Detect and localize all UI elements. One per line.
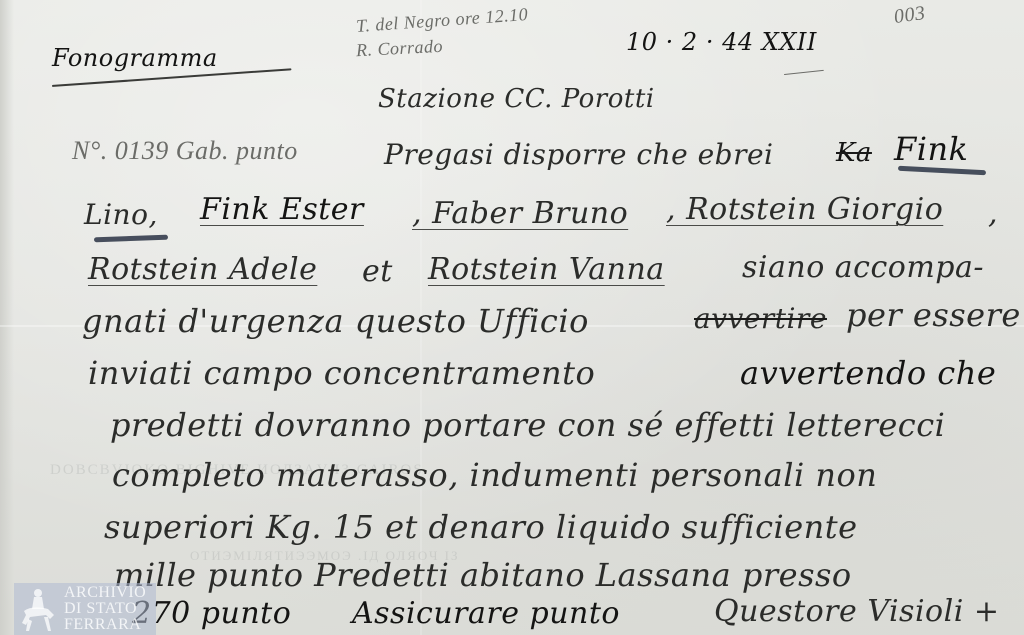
name-given: Lino, (84, 198, 158, 231)
addressee: Stazione CC. Porotti (378, 84, 655, 114)
protocol-number: N°. 0139 Gab. punto (72, 136, 298, 166)
watermark-text: ARCHIVIO DI STATO FERRARA (64, 585, 146, 633)
name-faber-bruno: , Faber Bruno (412, 196, 628, 231)
horseman-crest-icon (18, 585, 60, 633)
name-fink-ester: Fink Ester (200, 192, 364, 227)
page-number: 003 (893, 2, 927, 29)
body-text: predetti dovranno portare con sé effetti… (110, 406, 945, 444)
body-text: per essere (846, 296, 1021, 334)
archive-watermark: ARCHIVIO DI STATO FERRARA (14, 583, 156, 635)
body-text: gnati d'urgenza questo Ufficio (82, 302, 589, 340)
watermark-line: FERRARA (64, 617, 146, 633)
name-surname: Fink (894, 130, 968, 168)
body-text: et (362, 254, 393, 289)
signature: Questore Visioli + (714, 594, 999, 629)
body-text: superiori Kg. 15 et denaro liquido suffi… (104, 508, 858, 546)
body-text: Assicurare punto (352, 596, 620, 631)
body-text: completo materasso, indumenti personali … (112, 456, 877, 494)
watermark-line: ARCHIVIO (64, 585, 146, 601)
struck-word: avvertire (694, 302, 827, 335)
struck-word: Ka (836, 138, 872, 168)
office-label: Fonogramma (52, 44, 218, 72)
watermark-line: DI STATO (64, 601, 146, 617)
name-rotstein-vanna: Rotstein Vanna (428, 252, 665, 287)
document-date: 10 · 2 · 44 XXII (626, 28, 817, 56)
punctuation: , (988, 196, 998, 231)
paper-edge (0, 0, 14, 635)
name-rotstein-adele: Rotstein Adele (88, 252, 317, 287)
body-text: inviati campo concentramento (88, 354, 595, 392)
body-text: avvertendo che (740, 354, 996, 392)
body-text: Pregasi disporre che ebrei (384, 138, 774, 171)
body-text: mille punto Predetti abitano Lassana pre… (114, 556, 852, 594)
body-text: siano accompa- (742, 250, 984, 285)
name-rotstein-giorgio: , Rotstein Giorgio (666, 192, 943, 227)
